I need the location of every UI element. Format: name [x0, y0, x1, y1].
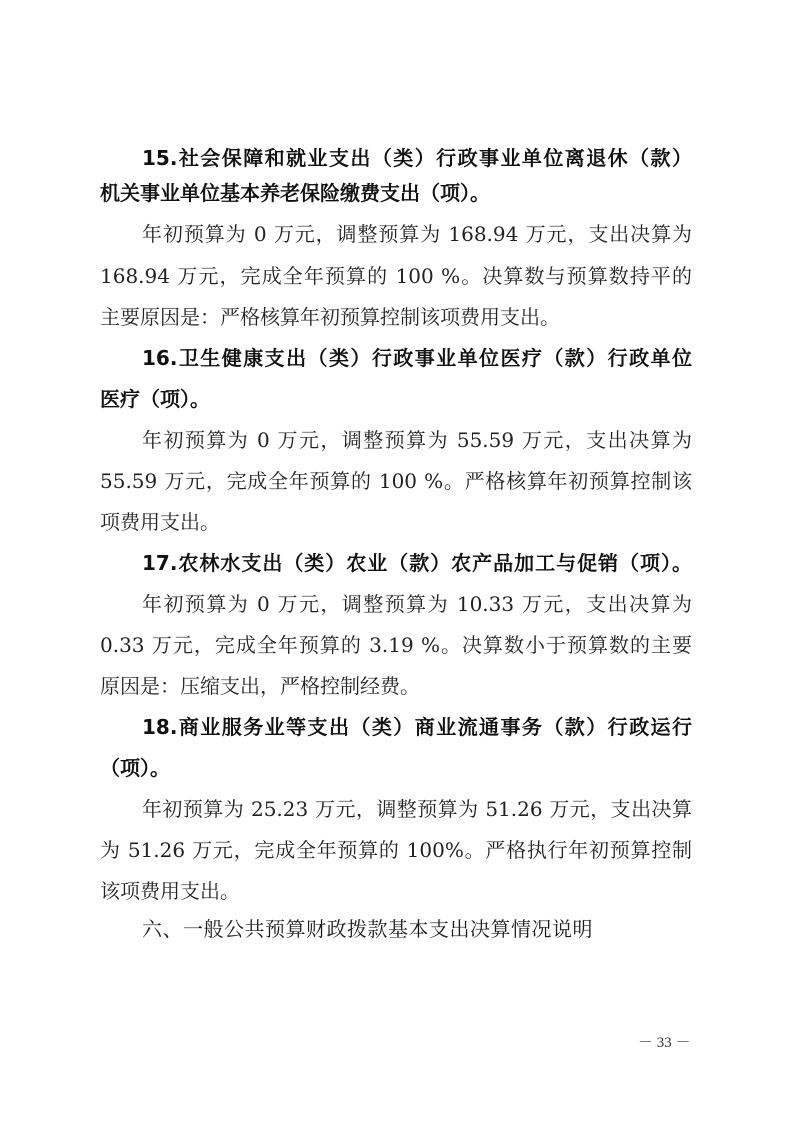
item-15-body-line-3: 主要原因是：严格核算年初预算控制该项费用支出。: [100, 302, 692, 332]
item-15-body-line-2: 168.94 万元，完成全年预算的 100 %。决算数与预算数持平的: [100, 261, 692, 291]
section-title: 六、一般公共预算财政拨款基本支出决算情况说明: [142, 914, 593, 944]
item-18-body-line-2: 为 51.26 万元，完成全年预算的 100%。严格执行年初预算控制: [100, 835, 692, 865]
item-15-body-line-1: 年初预算为 0 万元，调整预算为 168.94 万元，支出决算为: [142, 219, 692, 249]
item-17-body-line-2: 0.33 万元，完成全年预算的 3.19 %。决算数小于预算数的主要: [100, 630, 692, 660]
item-16-heading-line-1: 16.卫生健康支出（类）行政事业单位医疗（款）行政单位: [142, 343, 692, 373]
item-16-body-line-2: 55.59 万元，完成全年预算的 100 %。严格核算年初预算控制该: [100, 466, 692, 496]
item-16-body-line-3: 项费用支出。: [100, 507, 692, 537]
item-15-heading-line-1: 15.社会保障和就业支出（类）行政事业单位离退休（款）: [142, 143, 692, 173]
item-18-body-line-1: 年初预算为 25.23 万元，调整预算为 51.26 万元，支出决算: [142, 794, 692, 824]
document-page: 15.社会保障和就业支出（类）行政事业单位离退休（款） 机关事业单位基本养老保险…: [0, 0, 793, 1122]
item-15-heading-line-2: 机关事业单位基本养老保险缴费支出（项）。: [100, 178, 692, 208]
item-16-body-line-1: 年初预算为 0 万元，调整预算为 55.59 万元，支出决算为: [142, 425, 692, 455]
item-18-heading-line-2: （项）。: [100, 753, 692, 783]
page-number: － 33 －: [638, 1033, 691, 1053]
item-16-heading-line-2: 医疗（项）。: [100, 384, 692, 414]
item-17-body-line-1: 年初预算为 0 万元，调整预算为 10.33 万元，支出决算为: [142, 589, 692, 619]
item-18-body-line-3: 该项费用支出。: [100, 876, 692, 906]
item-17-heading-line-1: 17.农林水支出（类）农业（款）农产品加工与促销（项）。: [142, 548, 692, 578]
item-18-heading-line-1: 18.商业服务业等支出（类）商业流通事务（款）行政运行: [142, 712, 692, 742]
item-17-body-line-3: 原因是：压缩支出，严格控制经费。: [100, 671, 692, 701]
